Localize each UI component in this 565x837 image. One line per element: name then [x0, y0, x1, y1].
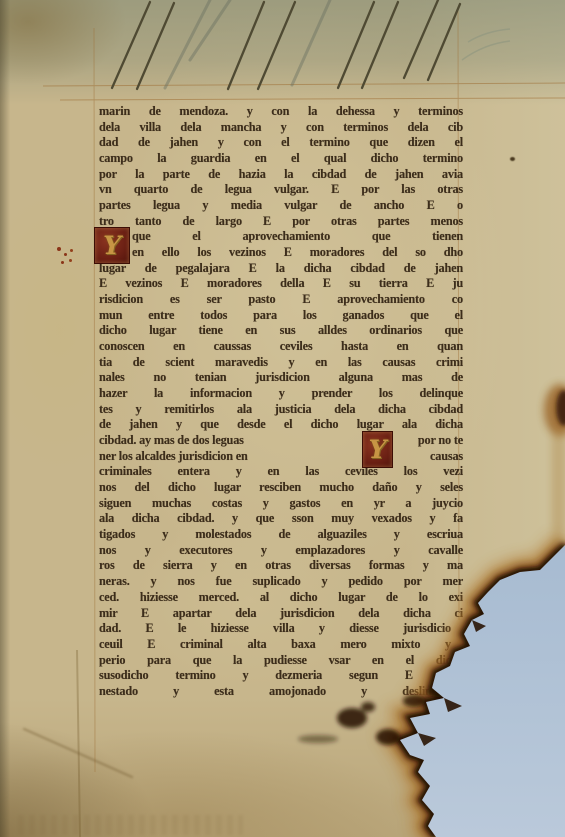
manuscript-line: nos y executores y emplazadores y cavall… [99, 543, 463, 559]
manuscript-line: mun entre todos para los ganados que el [99, 308, 463, 324]
red-ink-dot [64, 253, 67, 256]
manuscript-line: por la parte de hazia la cibdad de jahen… [99, 167, 463, 183]
manuscript-line: mir E apartar dela jurisdicion dela dich… [99, 606, 463, 622]
manuscript-line: ced. hiziesse merced. al dicho lugar de … [99, 590, 463, 606]
manuscript-photo: marin de mendoza. y con la dehessa y ter… [0, 0, 565, 837]
red-ink-dot [70, 249, 73, 252]
manuscript-line: que el aprovechamiento que tienen [99, 229, 463, 245]
manuscript-line: en ello los vezinos E moradores del so d… [99, 245, 463, 261]
initial-gap [315, 449, 363, 465]
manuscript-line: marin de mendoza. y con la dehessa y ter… [99, 104, 463, 120]
manuscript-line: tigados y molestados de alguaziles y esc… [99, 527, 463, 543]
red-ink-dot [57, 247, 61, 251]
ink-speck [510, 157, 515, 161]
manuscript-line: hazer la informacion y prender los delin… [99, 386, 463, 402]
manuscript-line: nos del dicho lugar resciben mucho daño … [99, 480, 463, 496]
red-ink-dot [61, 261, 64, 264]
manuscript-line: vn quarto de legua vulgar. E por las otr… [99, 182, 463, 198]
text-block: marin de mendoza. y con la dehessa y ter… [99, 104, 463, 700]
manuscript-line: lugar de pegalajara E la dicha cibdad de… [99, 261, 463, 277]
manuscript-line: tes y remitirlos ala justicia dela dicha… [99, 402, 463, 418]
initial-gap [307, 433, 355, 449]
manuscript-line: dad de jahen y con el termino que dizen … [99, 135, 463, 151]
showthrough-ghost-text [18, 815, 243, 835]
red-ink-dot [69, 259, 72, 262]
manuscript-line: E vezinos E moradores della E su tierra … [99, 276, 463, 292]
manuscript-line: ner los alcaldes jurisdicion encausas [99, 449, 463, 465]
line-segment: por no te [418, 433, 463, 449]
manuscript-line: ceuil E criminal alta baxa mero mixto y [99, 637, 451, 653]
manuscript-line: partes legua y media vulgar de ancho E o [99, 198, 463, 214]
illuminated-initial-2: Y [362, 431, 393, 468]
manuscript-line: tro tanto de largo E por otras partes me… [99, 214, 463, 230]
manuscript-line: nales no tenian jurisdicion alguna mas d… [99, 370, 463, 386]
manuscript-line: risdicion es ser pasto E aprovechamiento… [99, 292, 463, 308]
manuscript-line: campo la guardia en el qual dicho termin… [99, 151, 463, 167]
manuscript-line: ros de sierra y en otras diversas formas… [99, 558, 463, 574]
manuscript-line: dela villa dela mancha y con terminos de… [99, 120, 463, 136]
manuscript-line: cibdad. ay mas de dos leguaspor no te [99, 433, 463, 449]
manuscript-line: neras. y nos fue suplicado y pedido por … [99, 574, 463, 590]
manuscript-line: dicho lugar tiene en sus alldes ordinari… [99, 323, 463, 339]
manuscript-line: dad. E le hiziesse villa y diesse jurisd… [99, 621, 451, 637]
line-segment: causas [430, 449, 463, 465]
manuscript-line: tia de scient maravedis y en las causas … [99, 355, 463, 371]
manuscript-line: de jahen y que desde el dicho lugar ala … [99, 417, 463, 433]
manuscript-line: nestado y esta amojonado y deslindad [99, 684, 451, 700]
manuscript-line: perio para que la pudiesse vsar en el di… [99, 653, 451, 669]
manuscript-line: ala dicha cibdad. y que sson muy vexados… [99, 511, 463, 527]
photo-edge-shadow [0, 0, 10, 837]
manuscript-line: susodicho termino y dezmeria segun E co [99, 668, 451, 684]
line-segment: ner los alcaldes jurisdicion en [99, 449, 248, 465]
manuscript-line: conoscen en caussas ceviles hasta en qua… [99, 339, 463, 355]
manuscript-line: siguen muchas costas y gastos en yr a ju… [99, 496, 463, 512]
illuminated-initial-1: Y [94, 227, 130, 264]
manuscript-line: criminales entera y en las ceviles los v… [99, 464, 463, 480]
line-segment: cibdad. ay mas de dos leguas [99, 433, 244, 449]
